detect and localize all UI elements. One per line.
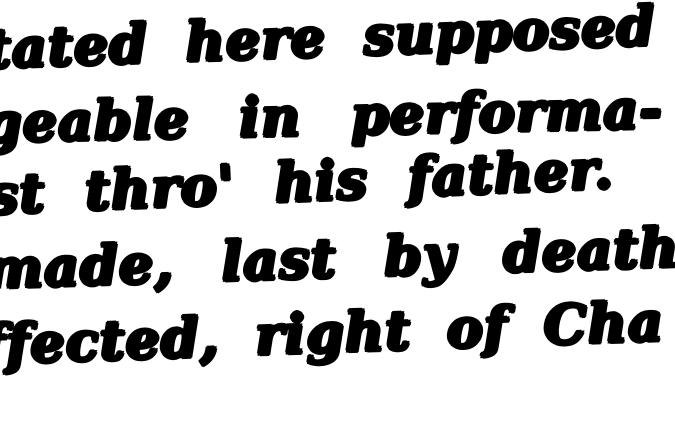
- manuscript-line-5: ffected, right of Cha: [0, 294, 665, 372]
- manuscript-line-1: tated here supposed in: [0, 0, 675, 76]
- manuscript-page: tated here supposed in geable in perform…: [0, 0, 675, 429]
- manuscript-line-4: made, last by death: [0, 220, 675, 296]
- manuscript-line-3: st thro' his father.: [0, 142, 615, 222]
